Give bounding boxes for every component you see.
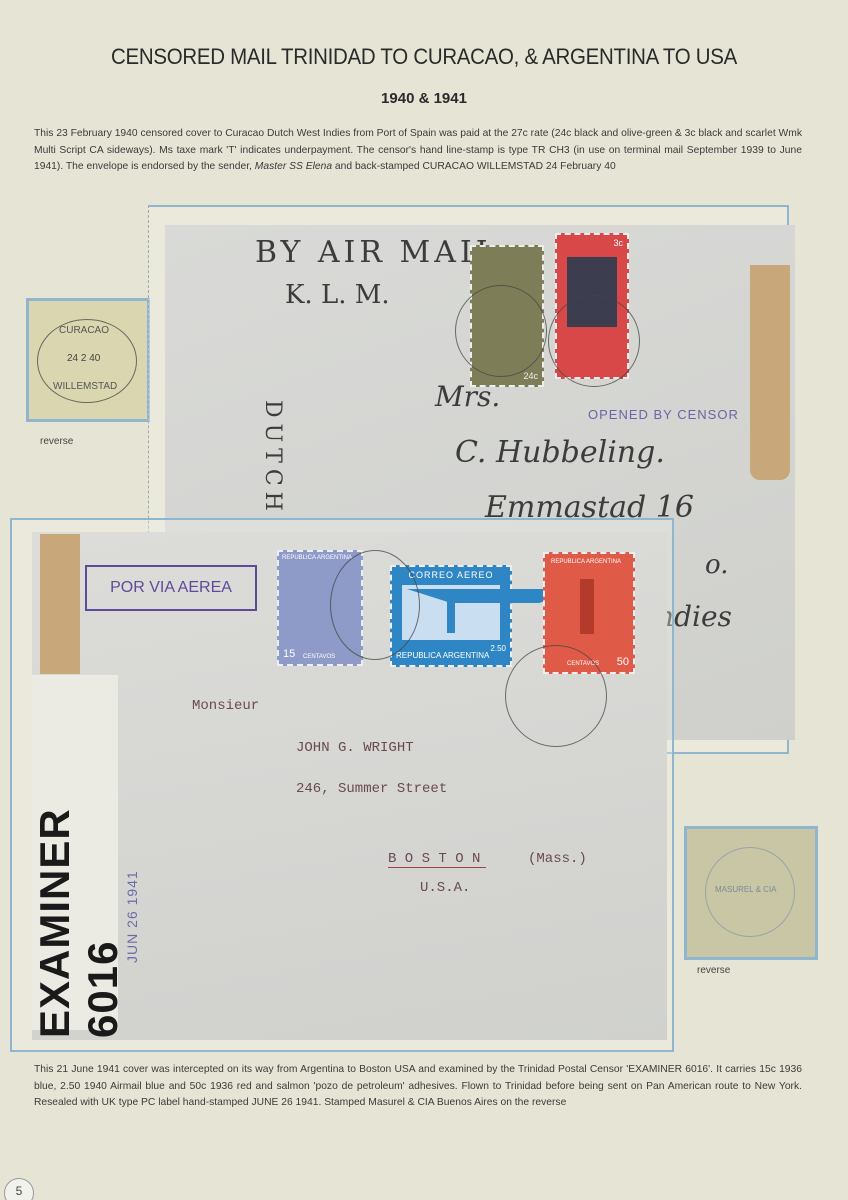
stamp-country: REPUBLICA ARGENTINA <box>282 555 352 561</box>
postmark-date: 24 2 40 <box>67 353 100 364</box>
address-country: U.S.A. <box>420 880 470 896</box>
address-street: 246, Summer Street <box>296 781 447 797</box>
handwriting-mrs: Mrs. <box>435 380 500 413</box>
examiner-date-stamp: JUN 26 1941 <box>124 823 140 963</box>
censor-tape-left <box>40 534 80 674</box>
reverse-label-1: reverse <box>40 436 73 447</box>
page-title: CENSORED MAIL TRINIDAD TO CURACAO, & ARG… <box>30 44 819 70</box>
stamp-value: 24c <box>523 371 538 381</box>
handwriting-town: o. <box>705 550 728 580</box>
description-tail: and back-stamped CURACAO WILLEMSTAD 24 F… <box>332 161 616 172</box>
reverse-image-masurel: MASUREL & CIA <box>684 826 818 960</box>
airplane-body-icon <box>447 595 455 633</box>
address-state: (Mass.) <box>528 851 587 867</box>
page-subtitle: 1940 & 1941 <box>0 90 848 107</box>
stamp-unit: CENTAVOS <box>303 654 335 660</box>
handwriting-klm: K. L. M. <box>285 280 390 310</box>
handwriting-by-airmail: BY AIR MAIL <box>255 235 500 270</box>
postmark-port-of-spain <box>455 285 547 377</box>
airmail-label-text: POR VIA AEREA <box>110 579 232 597</box>
stamp-value: 50 <box>617 656 629 668</box>
description-italic: Master SS Elena <box>255 161 332 172</box>
stamp-country: REPUBLICA ARGENTINA <box>551 559 621 565</box>
reverse-image-curacao: CURACAO 24 2 40 WILLEMSTAD <box>26 298 150 422</box>
stamp-value: 3c <box>613 238 623 248</box>
description-top: This 23 February 1940 censored cover to … <box>34 126 802 176</box>
stamp-country: REPUBLICA ARGENTINA <box>396 651 489 660</box>
censor-tape-right <box>750 265 790 480</box>
postmark-trinidad <box>548 295 640 387</box>
postmark-bottom: WILLEMSTAD <box>53 381 117 392</box>
address-name: JOHN G. WRIGHT <box>296 740 414 756</box>
page-number: 5 <box>4 1178 34 1200</box>
censor-label-examiner: EXAMINER 6016 JUN 26 1941 <box>32 675 118 1030</box>
airmail-label: POR VIA AEREA <box>85 565 257 611</box>
oil-derrick-icon <box>580 579 594 634</box>
censor-mark-opened: OPENED BY CENSOR <box>588 407 739 422</box>
stamp-value: 2.50 <box>490 644 506 653</box>
postmark-buenos-aires-2 <box>505 645 607 747</box>
address-salutation: Monsieur <box>192 698 259 714</box>
postmark-text: MASUREL & CIA <box>715 885 777 894</box>
handwriting-addressee: C. Hubbeling. <box>455 435 665 470</box>
examiner-number: EXAMINER 6016 <box>31 708 127 1038</box>
stamp-value: 15 <box>283 648 295 660</box>
reverse-label-2: reverse <box>697 965 730 976</box>
address-city: B O S T O N <box>388 851 486 868</box>
postmark-buenos-aires-1 <box>330 550 420 660</box>
description-bottom: This 21 June 1941 cover was intercepted … <box>34 1062 802 1112</box>
postmark-top: CURACAO <box>59 325 109 336</box>
handwriting-dutch: DUTCH <box>260 400 285 517</box>
